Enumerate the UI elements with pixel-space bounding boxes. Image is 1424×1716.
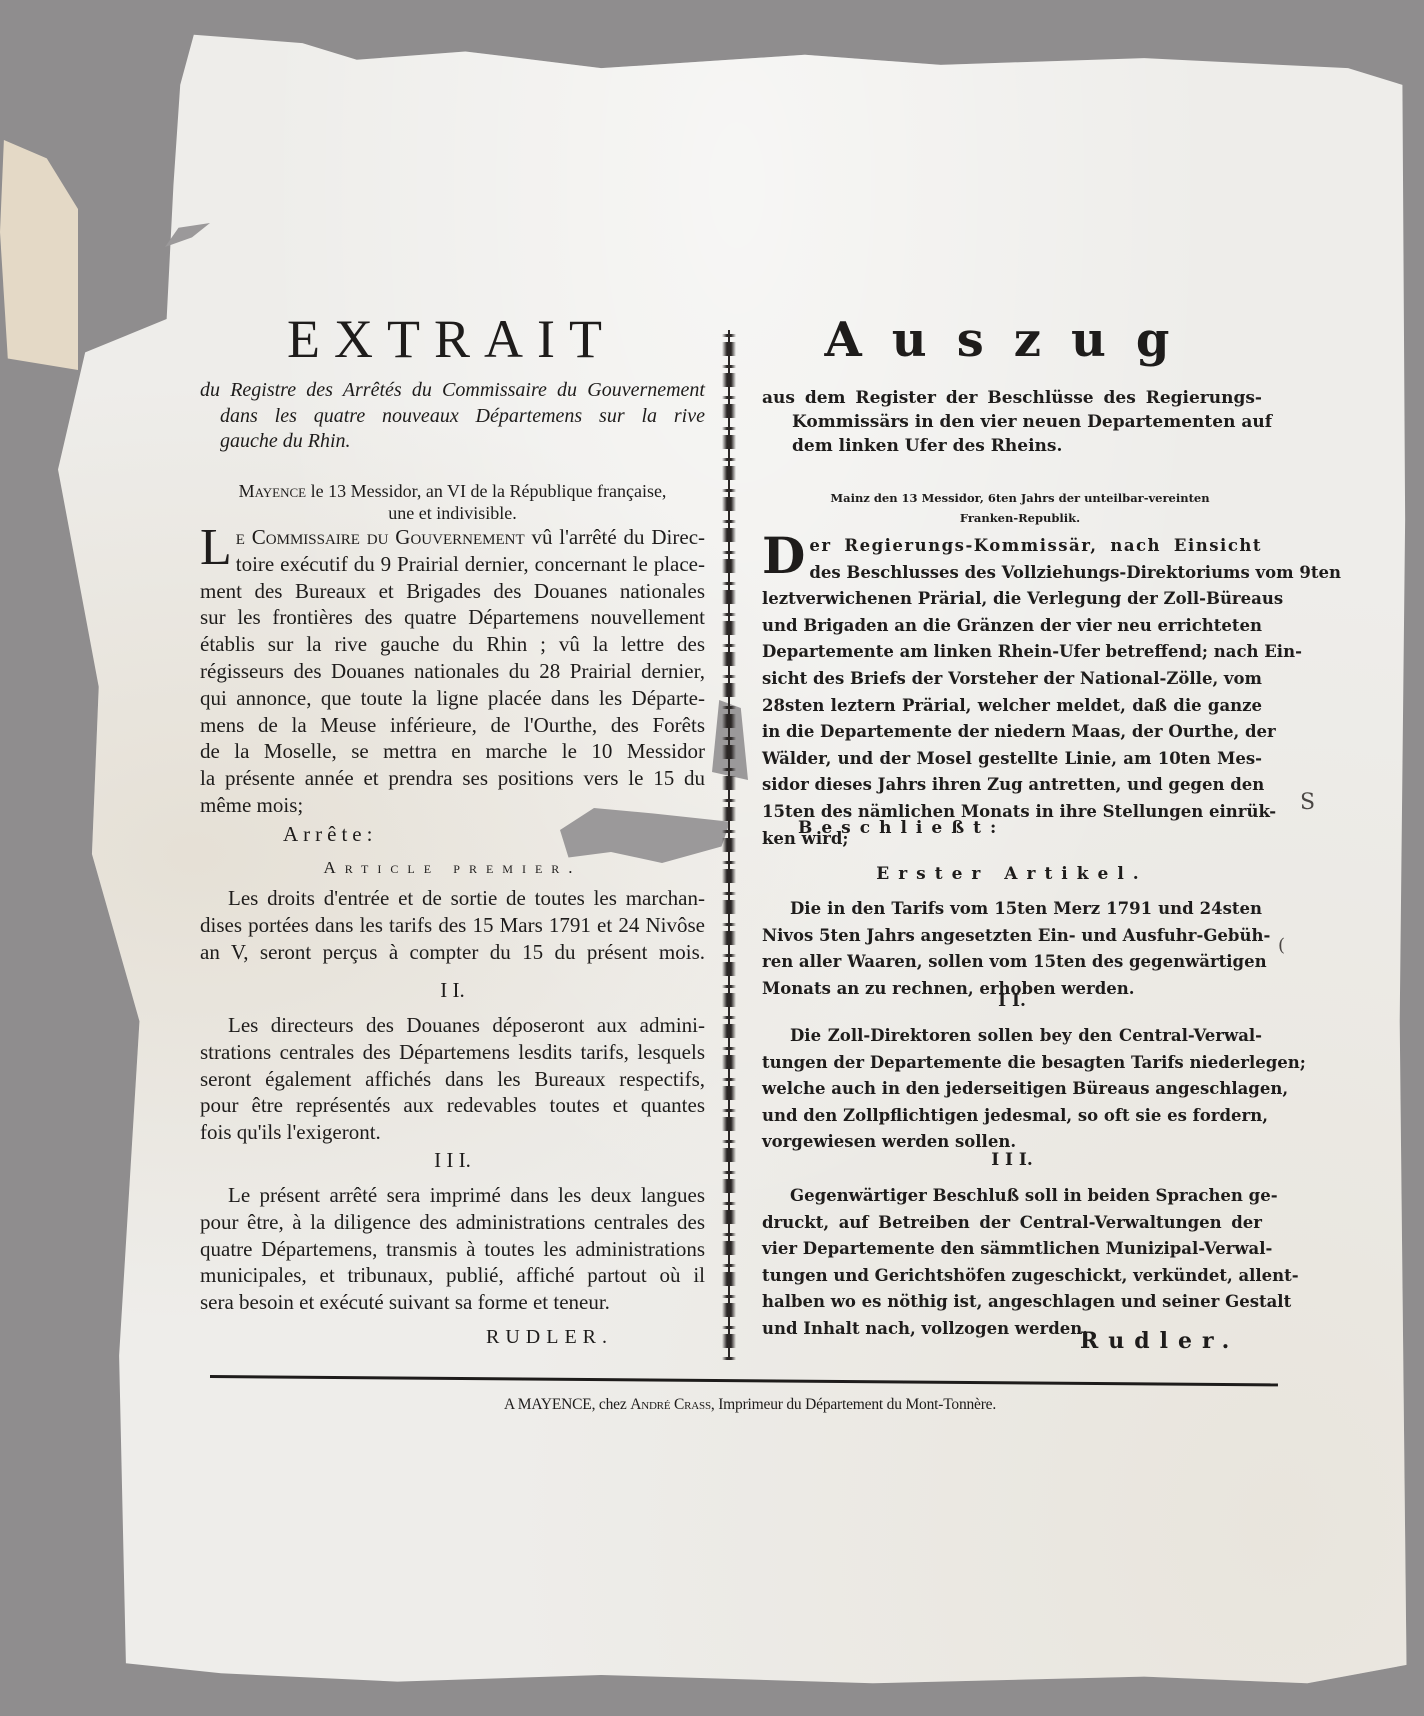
preamble-line: Wälder, und der Mosel gestellte Linie, a… xyxy=(762,746,1262,773)
german-article2: Die Zoll-Direktoren sollen bey den Centr… xyxy=(762,1023,1262,1156)
german-subtitle-line: Kommissärs in den vier neuen Departement… xyxy=(762,410,1262,434)
article-line: vier Departemente den sämmtlichen Munizi… xyxy=(762,1236,1262,1263)
article-line: sera besoin et exécuté suivant sa forme … xyxy=(200,1289,705,1316)
preamble-line: mens de la Meuse inférieure, de l'Ourthe… xyxy=(200,712,705,739)
article-heading-label: Erster Artikel. xyxy=(876,864,1147,884)
german-article1: Die in den Tarifs vom 15ten Merz 1791 un… xyxy=(762,896,1262,1002)
document-paper xyxy=(58,18,1416,1690)
french-signature: RUDLER. xyxy=(486,1326,613,1349)
german-article1-heading: Erster Artikel. xyxy=(762,864,1262,884)
article-line: municipales, et tribunaux, publié, affic… xyxy=(200,1262,705,1289)
imprint-chez: chez xyxy=(595,1396,630,1413)
article-line: und den Zollpflichtigen jedesmal, so oft… xyxy=(762,1103,1262,1130)
preamble-line: in die Departemente der niedern Maas, de… xyxy=(762,719,1262,746)
german-article3: Gegenwärtiger Beschluß soll in beiden Sp… xyxy=(762,1183,1262,1343)
german-decree-heading: Beschließt: xyxy=(798,818,1298,838)
article-line: dises portées dans les tarifs des 15 Mar… xyxy=(200,912,705,939)
article-line: pour être, à la diligence des administra… xyxy=(200,1209,705,1236)
preamble-line: régisseurs des Douanes nationales du 28 … xyxy=(200,658,705,685)
preamble-line: und Brigaden an die Gränzen der vier neu… xyxy=(762,613,1262,640)
decree-label: Arrête: xyxy=(283,822,377,846)
printer-imprint: A MAYENCE, chez André Crass, Imprimeur d… xyxy=(200,1396,1300,1414)
preamble-text: vû l'arrêté du Direc- xyxy=(525,525,705,549)
article-line: halben wo es nöthig ist, angeschlagen un… xyxy=(762,1289,1262,1316)
preamble-line: toire exécutif du 9 Prairial dernier, co… xyxy=(200,551,705,578)
preamble-line: de la Moselle, se mettra en marche le 10… xyxy=(200,738,705,765)
article-line: tungen der Departemente die besagten Tar… xyxy=(762,1050,1262,1077)
french-article1: Les droits d'entrée et de sortie de tout… xyxy=(200,885,705,965)
article-line: strations centrales des Départemens lesd… xyxy=(200,1039,705,1066)
french-title: EXTRAIT xyxy=(200,308,703,370)
german-subtitle-line: dem linken Ufer des Rheins. xyxy=(762,434,1262,458)
french-article2: Les directeurs des Douanes déposeront au… xyxy=(200,1012,705,1146)
preamble-line: sur les frontières des quatre Départemen… xyxy=(200,604,705,631)
french-subtitle-line: dans les quatre nouveaux Départemens sur… xyxy=(200,404,705,430)
imprint-rest: , Imprimeur du Département du Mont-Tonnè… xyxy=(711,1396,996,1413)
article-line: Die Zoll-Direktoren sollen bey den Centr… xyxy=(762,1023,1262,1050)
french-subtitle-line: du Registre des Arrêtés du Commissaire d… xyxy=(200,378,705,404)
ornamental-divider xyxy=(722,330,736,1360)
article-line: quatre Départemens, transmis à toutes le… xyxy=(200,1236,705,1263)
article-line: pour être représentés aux redevables tou… xyxy=(200,1092,705,1119)
french-article3: Le présent arrêté sera imprimé dans les … xyxy=(200,1182,705,1316)
dateline-line2: Franken-Republik. xyxy=(770,508,1270,528)
german-subtitle-line: aus dem Register der Beschlüsse des Regi… xyxy=(762,386,1262,410)
imprint-printer: André Crass xyxy=(630,1396,711,1413)
decree-label: Beschließt: xyxy=(798,818,1005,838)
dateline-city: Mayence xyxy=(239,481,307,501)
german-article3-heading: I I I. xyxy=(762,1150,1262,1170)
preamble-line: Departemente am linken Rhein-Ufer betref… xyxy=(762,639,1262,666)
preamble-line: sicht des Briefs der Vorsteher der Natio… xyxy=(762,666,1262,693)
article-line: Gegenwärtiger Beschluß soll in beiden Sp… xyxy=(762,1183,1262,1210)
dateline-date: le 13 Messidor, an VI de la République f… xyxy=(306,481,666,501)
article-line: tungen und Gerichtshöfen zugeschickt, ve… xyxy=(762,1263,1262,1290)
german-signature: Rudler. xyxy=(1080,1328,1239,1354)
german-dateline: Mainz den 13 Messidor, 6ten Jahrs der un… xyxy=(770,488,1270,528)
french-subtitle-line: gauche du Rhin. xyxy=(200,429,705,455)
article-line: Les directeurs des Douanes déposeront au… xyxy=(200,1012,705,1039)
dateline-line2: une et indivisible. xyxy=(200,502,705,524)
article-line: an V, seront perçus à compter du 15 du p… xyxy=(200,939,705,966)
article-line: Nivos 5ten Jahrs angesetzten Ein- und Au… xyxy=(762,923,1262,950)
german-subtitle: aus dem Register der Beschlüsse des Regi… xyxy=(762,386,1262,458)
preamble-line: 28sten leztern Prärial, welcher meldet, … xyxy=(762,693,1262,720)
french-article1-heading: Article premier. xyxy=(200,858,705,878)
german-preamble: D er Regierungs-Kommissär, nach Einsicht… xyxy=(762,533,1262,852)
french-preamble: L e Commissaire du Gouvernement vû l'arr… xyxy=(200,524,705,819)
french-subtitle: du Registre des Arrêtés du Commissaire d… xyxy=(200,378,705,455)
article-line: fois qu'ils l'exigeront. xyxy=(200,1119,705,1146)
article-heading-label: Article premier. xyxy=(323,858,581,877)
imprint-place: A MAYENCE, xyxy=(504,1396,595,1413)
handwritten-mark: S xyxy=(1300,790,1315,815)
dropcap-letter: D xyxy=(762,533,805,579)
article-line: druckt, auf Betreiben der Central-Verwal… xyxy=(762,1210,1262,1237)
dateline-date: Mainz den 13 Messidor, 6ten Jahrs der un… xyxy=(770,488,1270,508)
preamble-line: même mois; xyxy=(200,792,705,819)
preamble-line: leztverwichenen Prärial, die Verlegung d… xyxy=(762,586,1262,613)
french-article3-heading: I I I. xyxy=(200,1148,705,1173)
preamble-line: er Regierungs-Kommissär, nach Einsicht xyxy=(762,533,1262,560)
article-line: seront également affichés dans les Burea… xyxy=(200,1066,705,1093)
french-dateline: Mayence le 13 Messidor, an VI de la Répu… xyxy=(200,480,705,524)
article-line: ren aller Waaren, sollen vom 15ten des g… xyxy=(762,949,1262,976)
preamble-line: des Beschlusses des Vollziehungs-Direkto… xyxy=(762,560,1262,587)
handwritten-paren: ( xyxy=(1278,935,1285,956)
article-line: Les droits d'entrée et de sortie de tout… xyxy=(200,885,705,912)
preamble-line: qui annonce, que toute la ligne placée d… xyxy=(200,685,705,712)
preamble-line: ment des Bureaux et Brigades des Douanes… xyxy=(200,578,705,605)
french-decree-heading: Arrête: xyxy=(283,822,788,847)
commissioner-title: e Commissaire du Gouvernement xyxy=(236,525,525,549)
article-line: Die in den Tarifs vom 15ten Merz 1791 un… xyxy=(762,896,1262,923)
dropcap-letter: L xyxy=(200,526,232,570)
preamble-line: la présente année et prendra ses positio… xyxy=(200,765,705,792)
article-line: welche auch in den jederseitigen Büreaus… xyxy=(762,1076,1262,1103)
french-article2-heading: I I. xyxy=(200,978,705,1003)
preamble-line: établis sur la rive gauche du Rhin ; vû … xyxy=(200,631,705,658)
torn-paper-flap xyxy=(0,140,78,370)
preamble-line: sidor dieses Jahrs ihren Zug antretten, … xyxy=(762,772,1262,799)
german-title: Auszug xyxy=(762,312,1262,368)
german-article2-heading: I I. xyxy=(762,991,1262,1011)
article-line: Le présent arrêté sera imprimé dans les … xyxy=(200,1182,705,1209)
